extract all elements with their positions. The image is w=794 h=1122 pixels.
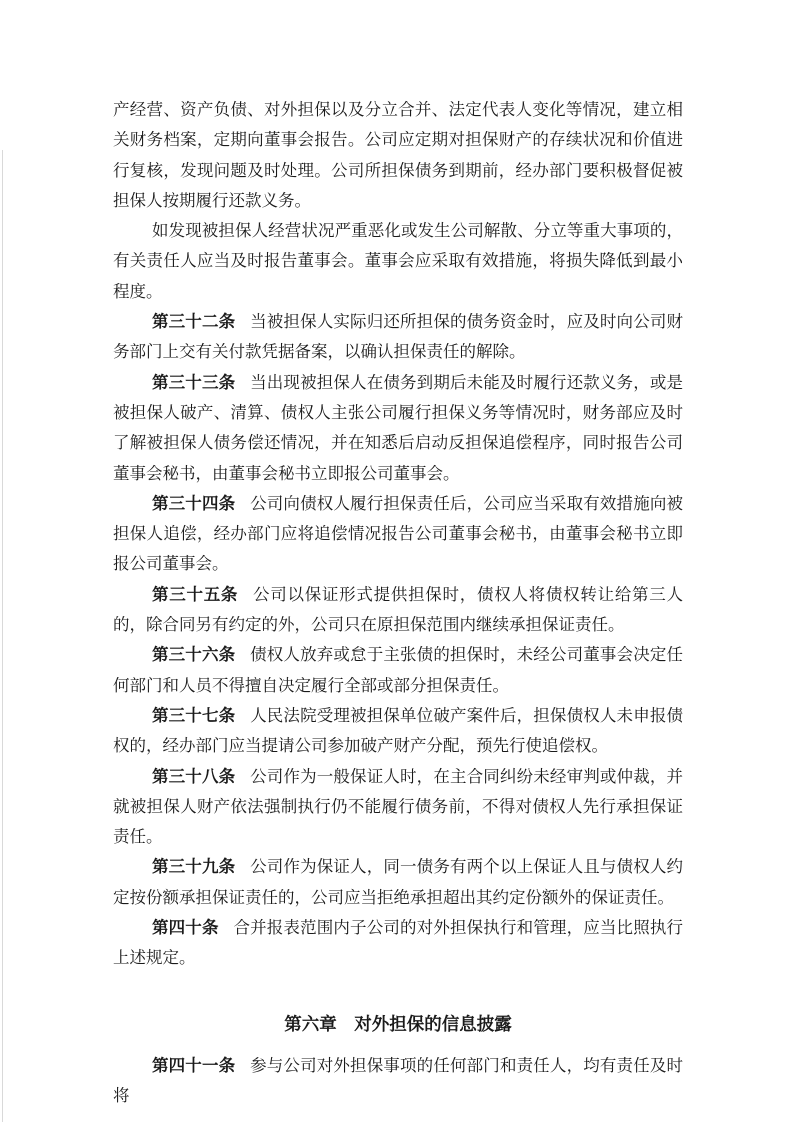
article-number: 第三十五条 <box>152 585 238 604</box>
document-body: 产经营、资产负债、对外担保以及分立合并、法定代表人变化等情况，建立相关财务档案，… <box>113 95 683 1112</box>
paragraph-article-38: 第三十八条公司作为一般保证人时，在主合同纠纷未经审判或仲裁，并就被担保人财产依法… <box>113 762 683 853</box>
paragraph-article-41: 第四十一条参与公司对外担保事项的任何部门和责任人，均有责任及时将 <box>113 1051 683 1112</box>
article-number: 第三十六条 <box>152 645 235 664</box>
article-number: 第三十四条 <box>152 494 235 513</box>
article-number: 第三十二条 <box>152 312 235 331</box>
article-number: 第三十九条 <box>152 857 235 876</box>
paragraph-article-35: 第三十五条公司以保证形式提供担保时，债权人将债权转让给第三人的，除合同另有约定的… <box>113 580 683 641</box>
article-number: 第三十七条 <box>152 706 235 725</box>
article-number: 第四十条 <box>152 918 219 937</box>
paragraph-article-37: 第三十七条人民法院受理被担保单位破产案件后，担保债权人未申报债权的，经办部门应当… <box>113 701 683 762</box>
paragraph-article-32: 第三十二条当被担保人实际归还所担保的债务资金时，应及时向公司财务部门上交有关付款… <box>113 307 683 368</box>
paragraph-text: 产经营、资产负债、对外担保以及分立合并、法定代表人变化等情况，建立相关财务档案，… <box>113 100 683 210</box>
paragraph-article-39: 第三十九条公司作为保证人，同一债务有两个以上保证人且与债权人约定按份额承担保证责… <box>113 852 683 913</box>
article-number: 第四十一条 <box>152 1056 235 1075</box>
paragraph: 如发现被担保人经营状况严重恶化或发生公司解散、分立等重大事项的，有关责任人应当及… <box>113 216 683 307</box>
paragraph-continuation: 产经营、资产负债、对外担保以及分立合并、法定代表人变化等情况，建立相关财务档案，… <box>113 95 683 216</box>
paragraph-article-36: 第三十六条债权人放弃或怠于主张债的担保时，未经公司董事会决定任何部门和人员不得擅… <box>113 640 683 701</box>
paragraph-article-40: 第四十条合并报表范围内子公司的对外担保执行和管理，应当比照执行上述规定。 <box>113 913 683 974</box>
document-page: 产经营、资产负债、对外担保以及分立合并、法定代表人变化等情况，建立相关财务档案，… <box>0 0 794 1122</box>
chapter-heading: 第六章 对外担保的信息披露 <box>113 1009 683 1039</box>
article-number: 第三十三条 <box>152 373 235 392</box>
paragraph-text: 如发现被担保人经营状况严重恶化或发生公司解散、分立等重大事项的，有关责任人应当及… <box>113 221 683 301</box>
paragraph-article-34: 第三十四条公司向债权人履行担保责任后，公司应当采取有效措施向被担保人追偿，经办部… <box>113 489 683 580</box>
article-number: 第三十八条 <box>152 767 235 786</box>
paragraph-article-33: 第三十三条当出现被担保人在债务到期后未能及时履行还款义务，或是被担保人破产、清算… <box>113 368 683 489</box>
page-edge-line <box>2 150 3 1122</box>
